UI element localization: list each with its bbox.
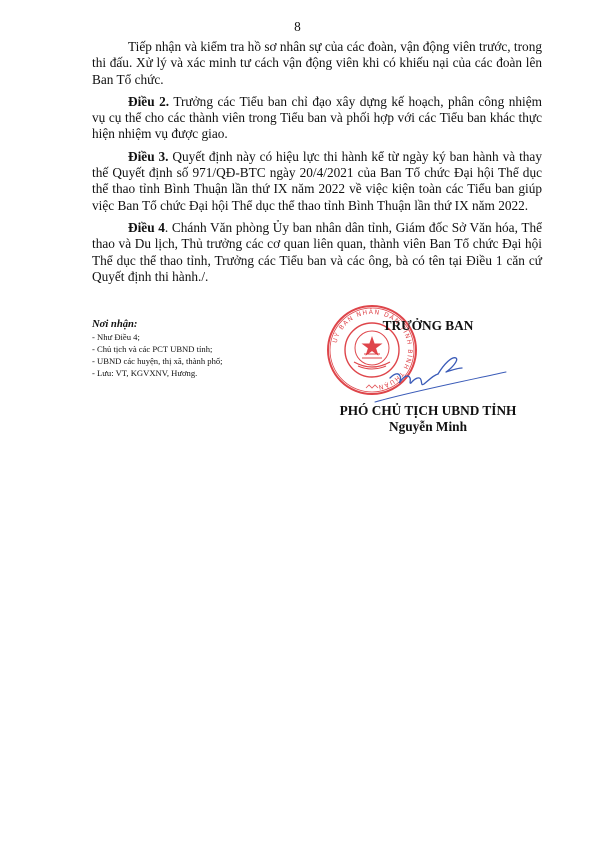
document-body: Tiếp nhận và kiểm tra hồ sơ nhân sự của … <box>92 39 542 291</box>
article-heading: Điều 2. <box>128 94 169 109</box>
paragraph-dieu-4: Điều 4. Chánh Văn phòng Ủy ban nhân dân … <box>92 220 542 285</box>
handwritten-signature-icon <box>360 340 520 415</box>
signer-block: TRƯỞNG BAN PHÓ CHỦ TỊCH UBND TỈNH Nguyễn… <box>320 318 536 334</box>
paragraph-text: Tiếp nhận và kiểm tra hồ sơ nhân sự của … <box>92 39 542 87</box>
recipient-item: - Chủ tịch và các PCT UBND tỉnh; <box>92 343 322 355</box>
page-number: 8 <box>0 19 595 35</box>
recipient-item: - UBND các huyện, thị xã, thành phố; <box>92 355 322 367</box>
signer-role: TRƯỞNG BAN <box>320 318 536 334</box>
recipients-title: Nơi nhận: <box>92 318 322 331</box>
recipients-block: Nơi nhận: - Như Điều 4; - Chủ tịch và cá… <box>92 318 322 379</box>
article-heading: Điều 3. <box>128 149 169 164</box>
recipients-list: - Như Điều 4; - Chủ tịch và các PCT UBND… <box>92 331 322 379</box>
signer-name: Nguyễn Minh <box>320 419 536 435</box>
recipient-item: - Lưu: VT, KGVXNV, Hương. <box>92 367 322 379</box>
paragraph-dieu-1-continuation: Tiếp nhận và kiểm tra hồ sơ nhân sự của … <box>92 39 542 88</box>
recipient-item: - Như Điều 4; <box>92 331 322 343</box>
paragraph-dieu-3: Điều 3. Quyết định này có hiệu lực thi h… <box>92 149 542 214</box>
paragraph-dieu-2: Điều 2. Trưởng các Tiểu ban chỉ đạo xây … <box>92 94 542 143</box>
article-heading: Điều 4 <box>128 220 165 235</box>
